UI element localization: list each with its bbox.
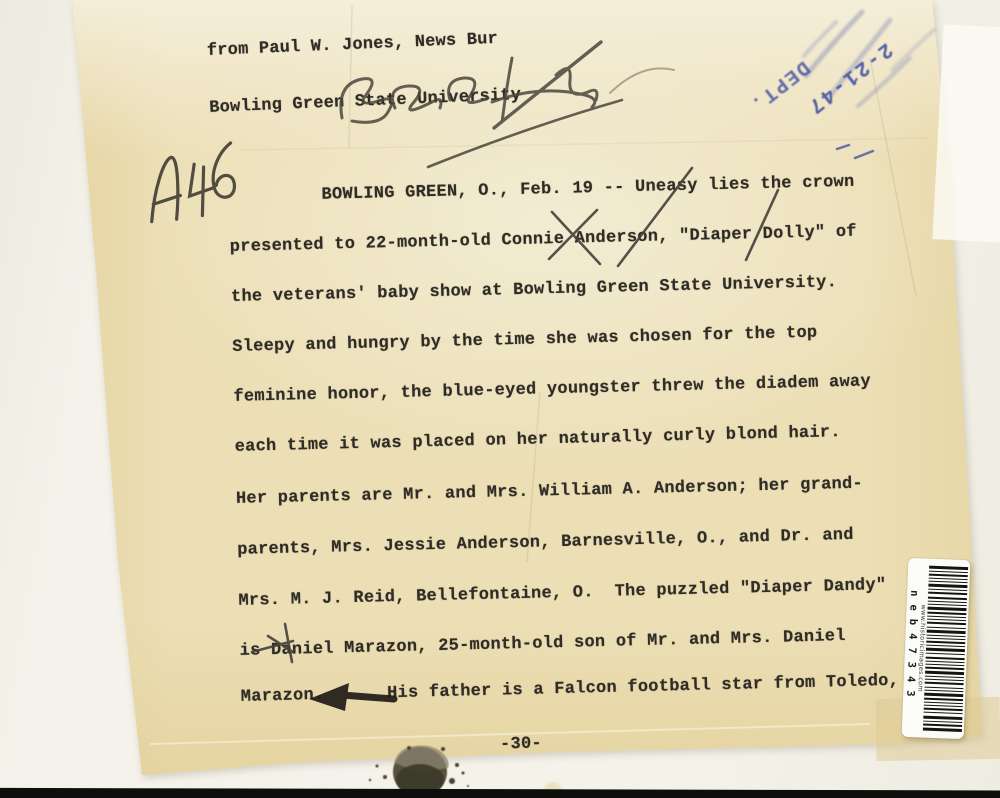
barcode-sticker: neb47343 www.historicimages.com [902, 558, 971, 739]
typed-line: presented to 22-month-old Connie Anderso… [230, 223, 857, 257]
typed-line: the veterans' baby show at Bowling Green… [231, 273, 837, 307]
photo-verso-scan: from Paul W. Jones, News Bur Bowling Gre… [0, 0, 1000, 798]
typed-line: BOWLING GREEN, O., Feb. 19 -- Uneasy lie… [321, 173, 854, 205]
end-mark: -30- [500, 735, 542, 755]
typed-line: Sleepy and hungry by the time she was ch… [232, 324, 818, 357]
barcode-bars [923, 565, 968, 732]
typed-line: feminine honor, the blue-eyed youngster … [233, 372, 871, 407]
credit-line-2: Bowling Green State University [209, 86, 522, 118]
credit-block: from Paul W. Jones, News Bur Bowling Gre… [205, 0, 523, 156]
credit-line-1: from Paul W. Jones, News Bur [207, 29, 520, 61]
caption-body: BOWLING GREEN, O., Feb. 19 -- Uneasy lie… [228, 154, 974, 438]
